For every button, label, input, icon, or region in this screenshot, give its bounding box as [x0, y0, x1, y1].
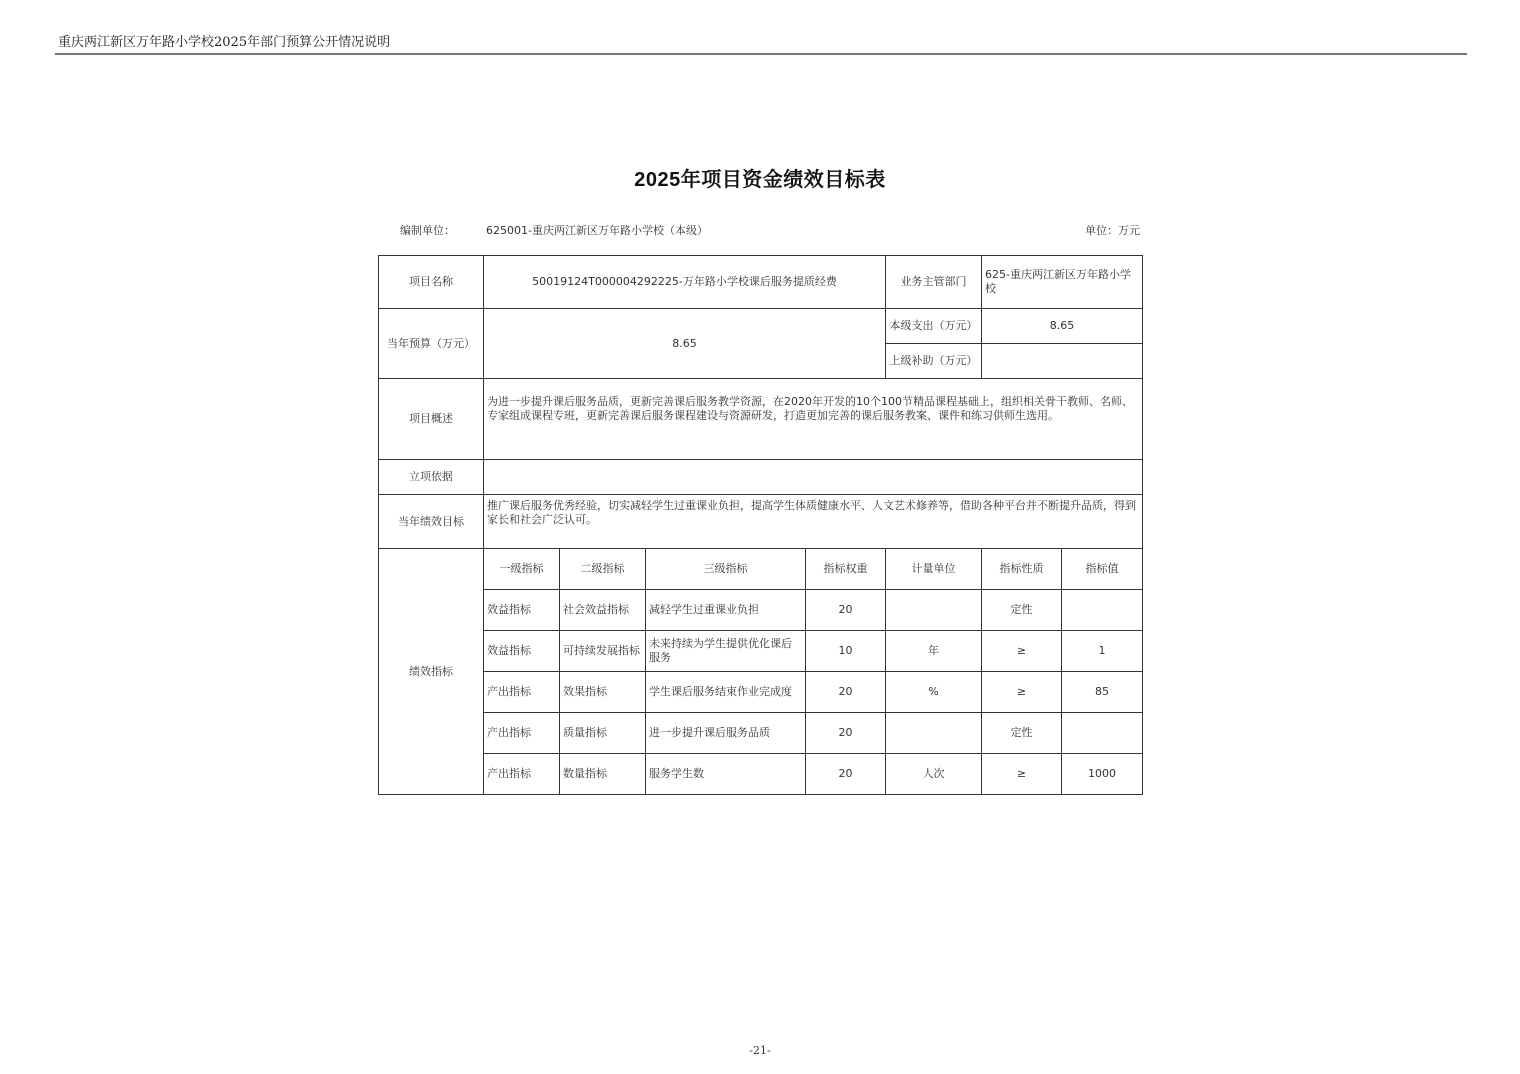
- unit-cell: %: [886, 672, 982, 713]
- nature-cell: 定性: [982, 713, 1062, 754]
- level2-cell: 质量指标: [560, 713, 646, 754]
- document-title: 2025年项目资金绩效目标表: [0, 163, 1520, 192]
- level3-cell: 学生课后服务结束作业完成度: [646, 672, 806, 713]
- budget-label: 当年预算（万元）: [379, 309, 484, 379]
- overview-label: 项目概述: [379, 379, 484, 460]
- row-overview: 项目概述 为进一步提升课后服务品质，更新完善课后服务教学资源，在2020年开发的…: [379, 379, 1143, 460]
- header-level3: 三级指标: [646, 549, 806, 590]
- nature-cell: ≥: [982, 631, 1062, 672]
- header-unit: 计量单位: [886, 549, 982, 590]
- unit-cell: [886, 713, 982, 754]
- table-row: 效益指标 可持续发展指标 未来持续为学生提供优化课后服务 10 年 ≥ 1: [379, 631, 1143, 672]
- level3-cell: 进一步提升课后服务品质: [646, 713, 806, 754]
- level3-cell: 未来持续为学生提供优化课后服务: [646, 631, 806, 672]
- header-weight: 指标权重: [806, 549, 886, 590]
- nature-cell: ≥: [982, 754, 1062, 795]
- value-cell: [1062, 590, 1143, 631]
- dept-label: 业务主管部门: [886, 256, 982, 309]
- row-budget: 当年预算（万元） 8.65 本级支出（万元） 8.65: [379, 309, 1143, 344]
- level1-cell: 产出指标: [484, 713, 560, 754]
- nature-cell: ≥: [982, 672, 1062, 713]
- level2-cell: 数量指标: [560, 754, 646, 795]
- page-number: -21-: [0, 1044, 1520, 1057]
- table-row: 产出指标 质量指标 进一步提升课后服务品质 20 定性: [379, 713, 1143, 754]
- weight-cell: 10: [806, 631, 886, 672]
- header-level2: 二级指标: [560, 549, 646, 590]
- value-cell: [1062, 713, 1143, 754]
- indicators-label: 绩效指标: [379, 549, 484, 795]
- table-row: 效益指标 社会效益指标 减轻学生过重课业负担 20 定性: [379, 590, 1143, 631]
- nature-cell: 定性: [982, 590, 1062, 631]
- budget-value: 8.65: [484, 309, 886, 379]
- level1-cell: 效益指标: [484, 631, 560, 672]
- value-cell: 1000: [1062, 754, 1143, 795]
- row-project-name: 项目名称 50019124T000004292225-万年路小学校课后服务提质经…: [379, 256, 1143, 309]
- performance-target-table: 项目名称 50019124T000004292225-万年路小学校课后服务提质经…: [378, 255, 1143, 795]
- basis-label: 立项依据: [379, 460, 484, 495]
- row-basis: 立项依据: [379, 460, 1143, 495]
- prepared-by-value: 625001-重庆两江新区万年路小学校（本级）: [486, 222, 708, 238]
- weight-cell: 20: [806, 754, 886, 795]
- basis-value: [484, 460, 1143, 495]
- dept-value: 625-重庆两江新区万年路小学校: [982, 256, 1143, 309]
- indicator-header-row: 绩效指标 一级指标 二级指标 三级指标 指标权重 计量单位 指标性质 指标值: [379, 549, 1143, 590]
- unit-cell: [886, 590, 982, 631]
- weight-cell: 20: [806, 672, 886, 713]
- level2-cell: 可持续发展指标: [560, 631, 646, 672]
- level2-cell: 效果指标: [560, 672, 646, 713]
- header-nature: 指标性质: [982, 549, 1062, 590]
- superior-subsidy-value: [982, 344, 1143, 379]
- prepared-by-label: 编制单位：: [400, 222, 455, 238]
- project-name-label: 项目名称: [379, 256, 484, 309]
- own-expense-value: 8.65: [982, 309, 1143, 344]
- table-row: 产出指标 数量指标 服务学生数 20 人次 ≥ 1000: [379, 754, 1143, 795]
- value-cell: 1: [1062, 631, 1143, 672]
- unit-label: 单位：万元: [1085, 222, 1140, 238]
- goal-value: 推广课后服务优秀经验，切实减轻学生过重课业负担，提高学生体质健康水平、人文艺术修…: [484, 495, 1143, 549]
- level2-cell: 社会效益指标: [560, 590, 646, 631]
- header-divider: [55, 53, 1467, 55]
- header-value: 指标值: [1062, 549, 1143, 590]
- level3-cell: 减轻学生过重课业负担: [646, 590, 806, 631]
- unit-cell: 人次: [886, 754, 982, 795]
- row-goal: 当年绩效目标 推广课后服务优秀经验，切实减轻学生过重课业负担，提高学生体质健康水…: [379, 495, 1143, 549]
- level1-cell: 产出指标: [484, 672, 560, 713]
- weight-cell: 20: [806, 590, 886, 631]
- goal-label: 当年绩效目标: [379, 495, 484, 549]
- header-level1: 一级指标: [484, 549, 560, 590]
- level1-cell: 效益指标: [484, 590, 560, 631]
- own-expense-label: 本级支出（万元）: [886, 309, 982, 344]
- running-header: 重庆两江新区万年路小学校2025年部门预算公开情况说明: [58, 31, 390, 50]
- superior-subsidy-label: 上级补助（万元）: [886, 344, 982, 379]
- unit-cell: 年: [886, 631, 982, 672]
- value-cell: 85: [1062, 672, 1143, 713]
- project-name-value: 50019124T000004292225-万年路小学校课后服务提质经费: [484, 256, 886, 309]
- weight-cell: 20: [806, 713, 886, 754]
- overview-value: 为进一步提升课后服务品质，更新完善课后服务教学资源，在2020年开发的10个10…: [484, 379, 1143, 460]
- table-row: 产出指标 效果指标 学生课后服务结束作业完成度 20 % ≥ 85: [379, 672, 1143, 713]
- level3-cell: 服务学生数: [646, 754, 806, 795]
- level1-cell: 产出指标: [484, 754, 560, 795]
